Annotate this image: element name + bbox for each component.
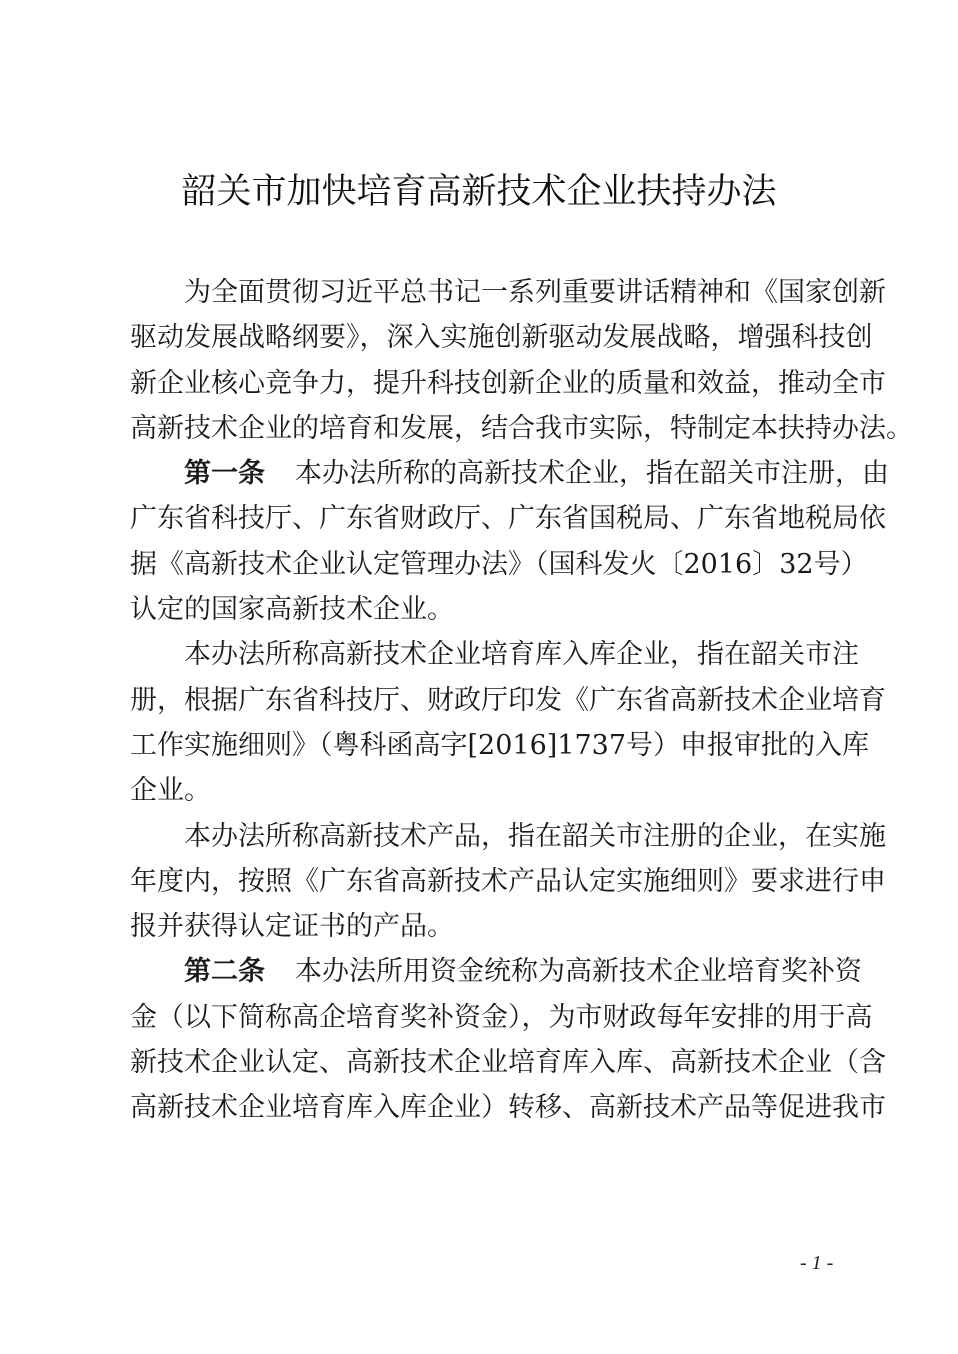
text-line: 新企业核心竞争力，提升科技创新企业的质量和效益，推动全市 bbox=[130, 361, 840, 406]
text-line: 为全面贯彻习近平总书记一系列重要讲话精神和《国家创新 bbox=[130, 270, 840, 315]
text-line: 广东省科技厅、广东省财政厅、广东省国税局、广东省地税局依 bbox=[130, 496, 840, 541]
text-line: 第二条本办法所用资金统称为高新技术企业培育奖补资 bbox=[130, 949, 840, 994]
paragraph-incubation-definition: 本办法所称高新技术企业培育库入库企业，指在韶关市注 册，根据广东省科技厅、财政厅… bbox=[130, 632, 840, 813]
paragraph-product-definition: 本办法所称高新技术产品，指在韶关市注册的企业，在实施 年度内，按照《广东省高新技… bbox=[130, 814, 840, 950]
text-line: 高新技术企业的培育和发展，结合我市实际，特制定本扶持办法。 bbox=[130, 406, 840, 451]
text-line: 本办法所称高新技术产品，指在韶关市注册的企业，在实施 bbox=[130, 814, 840, 859]
document-title: 韶关市加快培育高新技术企业扶持办法 bbox=[0, 168, 958, 216]
text-line-content: 本办法所用资金统称为高新技术企业培育奖补资 bbox=[295, 956, 862, 987]
paragraph-article-1: 第一条本办法所称的高新技术企业，指在韶关市注册，由 广东省科技厅、广东省财政厅、… bbox=[130, 451, 840, 632]
text-line: 认定的国家高新技术企业。 bbox=[130, 587, 840, 632]
text-line: 年度内，按照《广东省高新技术产品认定实施细则》要求进行申 bbox=[130, 859, 840, 904]
text-line: 企业。 bbox=[130, 768, 840, 813]
text-line-content: 本办法所称的高新技术企业，指在韶关市注册，由 bbox=[295, 458, 889, 489]
document-body: 为全面贯彻习近平总书记一系列重要讲话精神和《国家创新 驱动发展战略纲要》，深入实… bbox=[130, 270, 840, 1131]
text-line: 册，根据广东省科技厅、财政厅印发《广东省高新技术企业培育 bbox=[130, 678, 840, 723]
paragraph-article-2: 第二条本办法所用资金统称为高新技术企业培育奖补资 金（以下简称高企培育奖补资金）… bbox=[130, 949, 840, 1130]
article-heading: 第一条 bbox=[184, 458, 265, 489]
text-line: 新技术企业认定、高新技术企业培育库入库、高新技术企业（含 bbox=[130, 1040, 840, 1085]
text-line: 第一条本办法所称的高新技术企业，指在韶关市注册，由 bbox=[130, 451, 840, 496]
text-line: 驱动发展战略纲要》，深入实施创新驱动发展战略，增强科技创 bbox=[130, 315, 840, 360]
text-line: 金（以下简称高企培育奖补资金），为市财政每年安排的用于高 bbox=[130, 995, 840, 1040]
text-line: 报并获得认定证书的产品。 bbox=[130, 904, 840, 949]
document-page: 韶关市加快培育高新技术企业扶持办法 为全面贯彻习近平总书记一系列重要讲话精神和《… bbox=[0, 0, 958, 1354]
text-line: 本办法所称高新技术企业培育库入库企业，指在韶关市注 bbox=[130, 632, 840, 677]
text-line: 据《高新技术企业认定管理办法》（国科发火〔2016〕32号） bbox=[130, 542, 840, 587]
paragraph-preamble: 为全面贯彻习近平总书记一系列重要讲话精神和《国家创新 驱动发展战略纲要》，深入实… bbox=[130, 270, 840, 451]
text-line: 工作实施细则》（粤科函高字[2016]1737号）申报审批的入库 bbox=[130, 723, 840, 768]
page-number: - 1 - bbox=[800, 1252, 833, 1275]
article-heading: 第二条 bbox=[184, 956, 265, 987]
text-line: 高新技术企业培育库入库企业）转移、高新技术产品等促进我市 bbox=[130, 1085, 840, 1130]
